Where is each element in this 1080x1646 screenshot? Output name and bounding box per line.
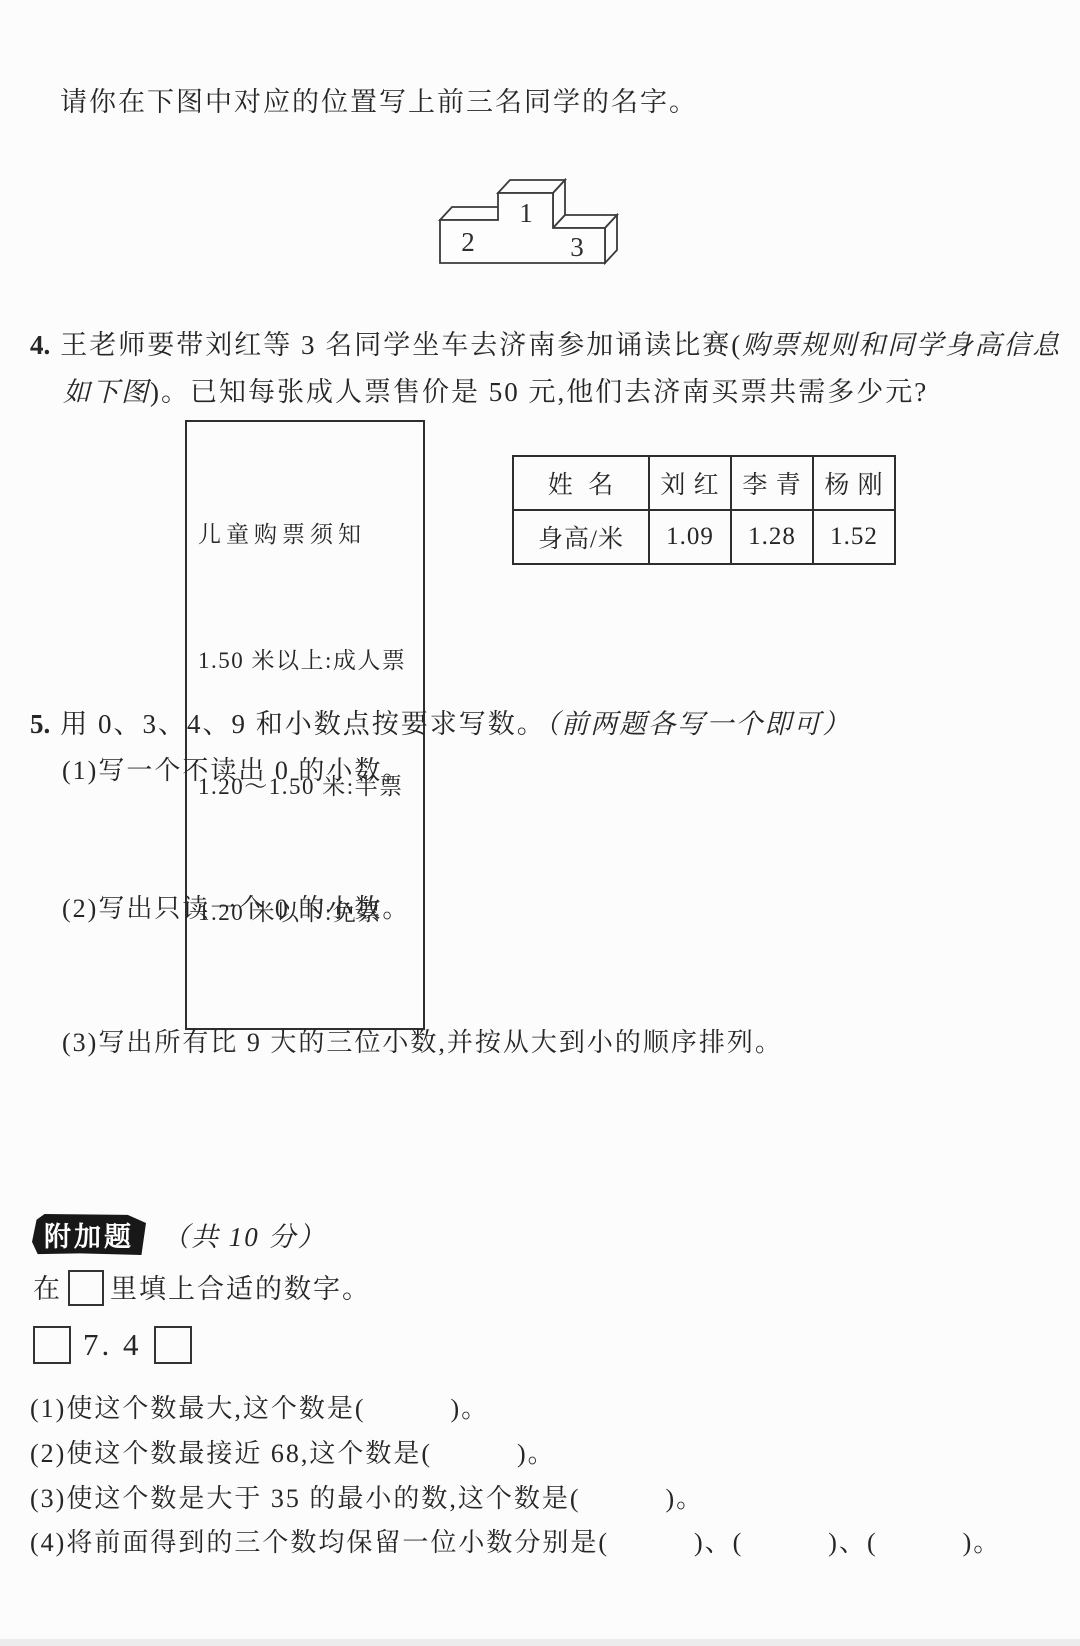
table-cell-height-label: 身高/米 — [513, 510, 649, 564]
q5-stem: 5.用 0、3、4、9 和小数点按要求写数。（前两题各写一个即可） — [30, 706, 1065, 743]
answer-box-inline — [68, 1270, 104, 1306]
q4-line2-note: 如下图 — [63, 377, 150, 407]
notice-title: 儿童购票须知 — [198, 514, 412, 556]
intro-prompt: 请你在下图中对应的位置写上前三名同学的名字。 — [60, 84, 698, 121]
podium-rank-1-label: 1 — [519, 198, 533, 228]
q4-line2-text: )。已知每张成人票售价是 50 元,他们去济南买票共需多少元? — [150, 377, 928, 407]
q4-number: 4. — [30, 330, 50, 360]
table-cell-height-3: 1.52 — [813, 510, 895, 564]
notice-rule-adult: 1.50 米以上:成人票 — [198, 640, 412, 682]
q5-stem-note: （前两题各写一个即可） — [546, 709, 852, 739]
table-height-row: 身高/米 1.09 1.28 1.52 — [513, 510, 895, 564]
q4-line1-text: 王老师要带刘红等 3 名同学坐车去济南参加诵读比赛( — [60, 330, 742, 360]
table-header-row: 姓 名 刘 红 李 青 杨 刚 — [513, 456, 895, 510]
table-cell-height-2: 1.28 — [731, 510, 813, 564]
scan-edge-artifact — [0, 1639, 1080, 1646]
table-cell-height-1: 1.09 — [649, 510, 731, 564]
bonus-points-note: （共 10 分） — [162, 1215, 327, 1254]
q5-sub1: (1)写一个不读出 0 的小数。 — [62, 752, 410, 789]
q4-line1-note: 购票规则和同学身高信息 — [742, 330, 1061, 360]
q4-line1: 4.王老师要带刘红等 3 名同学坐车去济南参加诵读比赛(购票规则和同学身高信息 — [30, 327, 1065, 364]
bonus-instr-before: 在 — [33, 1274, 62, 1304]
bonus-instruction: 在里填上合适的数字。 — [33, 1270, 371, 1308]
q5-sub2: (2)写出只读一个 0 的小数。 — [62, 890, 410, 927]
answer-box-right — [154, 1326, 192, 1364]
height-table: 姓 名 刘 红 李 青 杨 刚 身高/米 1.09 1.28 1.52 — [512, 455, 896, 565]
table-cell-name-1: 刘 红 — [649, 456, 731, 510]
table-cell-name-label: 姓 名 — [513, 456, 649, 510]
bonus-sub1: (1)使这个数最大,这个数是( )。 — [30, 1390, 1065, 1427]
bonus-badge: 附加题 — [32, 1214, 146, 1255]
answer-box-left — [33, 1326, 71, 1364]
table-cell-name-3: 杨 刚 — [813, 456, 895, 510]
q5-stem-text: 用 0、3、4、9 和小数点按要求写数。 — [60, 709, 546, 739]
q5-number: 5. — [30, 709, 50, 739]
bonus-instr-after: 里填上合适的数字。 — [110, 1274, 371, 1304]
podium-diagram: 1 2 3 — [430, 170, 630, 270]
q5-sub3: (3)写出所有比 9 大的三位小数,并按从大到小的顺序排列。 — [62, 1024, 783, 1061]
podium-rank-3-label: 3 — [570, 232, 584, 262]
table-cell-name-2: 李 青 — [731, 456, 813, 510]
bonus-sub4: (4)将前面得到的三个数均保留一位小数分别是( )、( )、( )。 — [30, 1524, 1065, 1561]
bonus-number-line: 7. 4 — [33, 1326, 192, 1364]
podium-rank-2-label: 2 — [461, 227, 475, 257]
bonus-sub3: (3)使这个数是大于 35 的最小的数,这个数是( )。 — [30, 1480, 1065, 1517]
bonus-header: 附加题 （共 10 分） — [32, 1214, 327, 1255]
bonus-sub2: (2)使这个数最接近 68,这个数是( )。 — [30, 1435, 1065, 1472]
bonus-number-mid: 7. 4 — [83, 1327, 142, 1363]
q4-line2: 如下图)。已知每张成人票售价是 50 元,他们去济南买票共需多少元? — [63, 374, 1063, 411]
